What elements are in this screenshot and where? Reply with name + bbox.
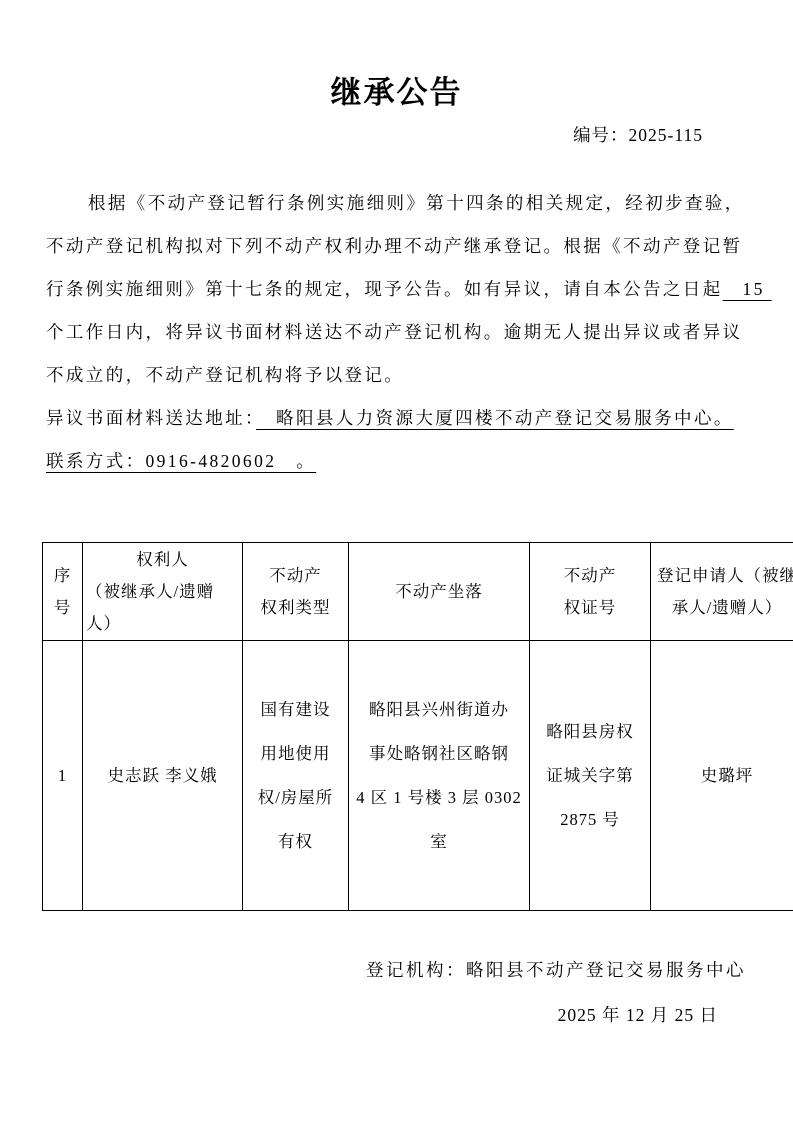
registration-authority: 登记机构：略阳县不动产登记交易服务中心 [0,957,793,983]
header-cell: 登记申请人（被继承人/遗赠人） [651,543,793,641]
header-cell: 不动产权证号 [530,543,651,641]
header-cell-line: 权证号 [533,592,647,624]
body-line: 不成立的，不动产登记机构将予以登记。 [46,354,753,397]
header-cell-line: 权利类型 [246,592,345,624]
text-run: 不成立的，不动产登记机构将予以登记。 [46,365,404,385]
underlined-text: 联系方式：0916-4820602 。 [46,451,316,471]
header-cell: 权利人（被继承人/遗赠人） [83,543,243,641]
header-cell-line: 登记申请人（被继 [654,560,793,592]
header-cell-line: 承人/遗赠人） [654,592,793,624]
text-run: 异议书面材料送达地址： [46,408,256,428]
table-cell: 史璐坪 [651,641,793,911]
page-title: 继承公告 [0,76,793,110]
table-body: 1史志跃 李义娥国有建设 用地使用 权/房屋所 有权略阳县兴州街道办 事处略钢社… [43,641,793,911]
header-cell-line: 不动产 [246,560,345,592]
header-cell: 不动产权利类型 [243,543,349,641]
announcement-date: 2025 年 12 月 25 日 [558,1002,718,1028]
table-cell: 国有建设 用地使用 权/房屋所 有权 [243,641,349,911]
body-line: 联系方式：0916-4820602 。 [46,440,753,483]
body-line: 行条例实施细则》第十七条的规定，现予公告。如有异议，请自本公告之日起 15 [46,268,753,311]
table-row: 1史志跃 李义娥国有建设 用地使用 权/房屋所 有权略阳县兴州街道办 事处略钢社… [43,641,793,911]
table-cell: 略阳县兴州街道办 事处略钢社区略钢 4 区 1 号楼 3 层 0302 室 [349,641,530,911]
body-text: 根据《不动产登记暂行条例实施细则》第十四条的相关规定，经初步查验，不动产登记机构… [46,182,753,483]
document-page: 继承公告 编号：2025-115 根据《不动产登记暂行条例实施细则》第十四条的相… [0,0,793,1122]
header-cell-line: 权利人 [86,544,239,576]
header-cell-line: （被继承人/遗赠 [86,576,239,608]
table-cell: 1 [43,641,83,911]
text-run: 行条例实施细则》第十七条的规定，现予公告。如有异议，请自本公告之日起 [46,279,723,299]
text-run: 个工作日内，将异议书面材料送达不动产登记机构。逾期无人提出异议或者异议 [46,322,743,342]
header-cell-line: 号 [46,592,79,624]
body-line: 根据《不动产登记暂行条例实施细则》第十四条的相关规定，经初步查验， [46,182,753,225]
table-cell: 史志跃 李义娥 [83,641,243,911]
header-cell-line: 人） [86,608,239,640]
body-line: 个工作日内，将异议书面材料送达不动产登记机构。逾期无人提出异议或者异议 [46,311,753,354]
table-header-row: 序号权利人（被继承人/遗赠人）不动产权利类型不动产坐落不动产权证号登记申请人（被… [43,543,793,641]
header-cell-line: 序 [46,560,79,592]
underlined-text: 15 [723,279,772,299]
header-cell-line: 不动产 [533,560,647,592]
underlined-text: 略阳县人力资源大厦四楼不动产登记交易服务中心。 [256,408,734,428]
text-run: 根据《不动产登记暂行条例实施细则》第十四条的相关规定，经初步查验， [88,193,745,213]
header-cell: 不动产坐落 [349,543,530,641]
body-line: 异议书面材料送达地址： 略阳县人力资源大厦四楼不动产登记交易服务中心。 [46,397,753,440]
doc-number: 编号：2025-115 [573,123,703,147]
body-line: 不动产登记机构拟对下列不动产权利办理不动产继承登记。根据《不动产登记暂 [46,225,753,268]
text-run: 不动产登记机构拟对下列不动产权利办理不动产继承登记。根据《不动产登记暂 [46,236,743,256]
header-cell: 序号 [43,543,83,641]
table-header: 序号权利人（被继承人/遗赠人）不动产权利类型不动产坐落不动产权证号登记申请人（被… [43,543,793,641]
announcement-table: 序号权利人（被继承人/遗赠人）不动产权利类型不动产坐落不动产权证号登记申请人（被… [42,542,793,911]
table-cell: 略阳县房权 证城关字第 2875 号 [530,641,651,911]
header-cell-line: 不动产坐落 [352,576,526,608]
